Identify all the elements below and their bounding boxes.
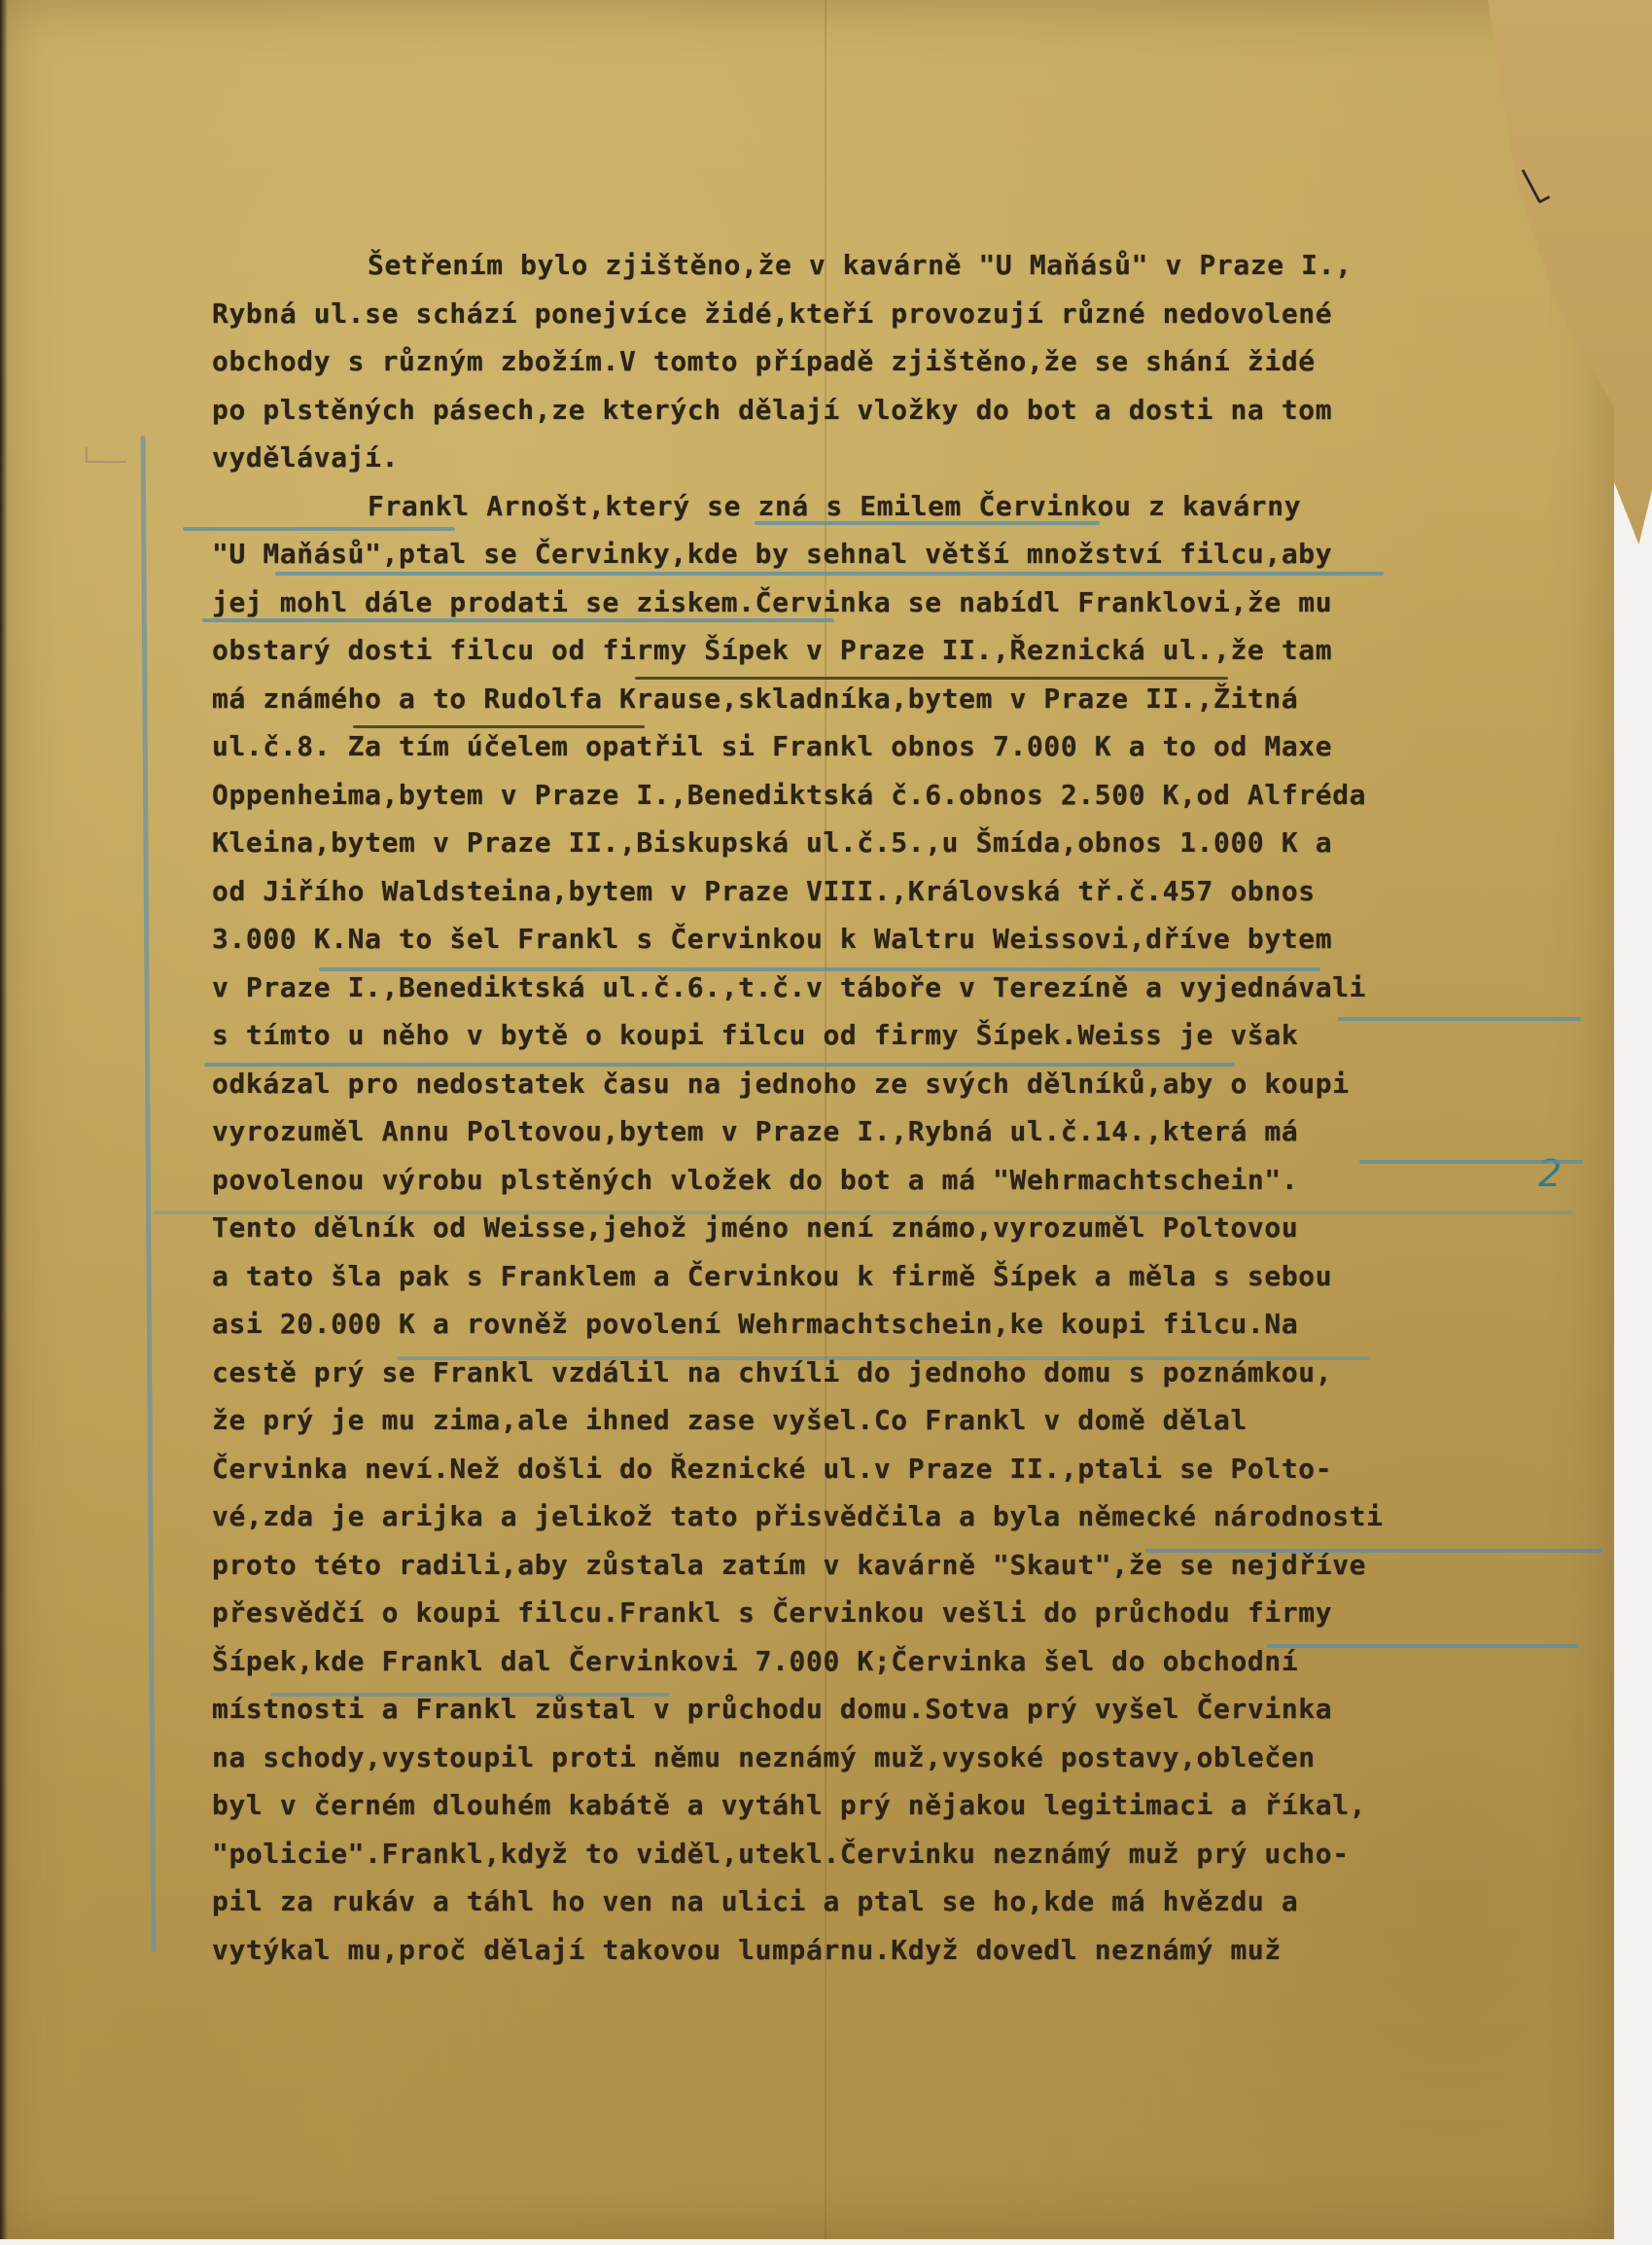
blue-underline xyxy=(204,1063,1235,1067)
pencil-mark xyxy=(86,447,126,463)
text-line: vé,zda je arijka a jelikož tato přisvědč… xyxy=(212,1492,1593,1541)
blue-underline xyxy=(1145,1549,1602,1553)
text-line: po plstěných pásech,ze kterých dělají vl… xyxy=(212,386,1593,435)
blue-underline xyxy=(319,967,1320,971)
text-line: Červinka neví.Než došli do Řeznické ul.v… xyxy=(212,1445,1593,1493)
text-line: obstarý dosti filcu od firmy Šípek v Pra… xyxy=(212,626,1593,675)
text-line: Šetřením bylo zjištěno,že v kavárně "U M… xyxy=(212,241,1593,290)
blue-underline xyxy=(275,572,1384,576)
blue-underline xyxy=(202,618,834,622)
blue-underline xyxy=(1267,1644,1578,1648)
text-line: vydělávají. xyxy=(212,434,1593,482)
blue-underline xyxy=(1359,1160,1583,1164)
blue-underline xyxy=(755,521,1100,525)
blue-underline xyxy=(183,527,455,531)
text-line: 3.000 K.Na to šel Frankl s Červinkou k W… xyxy=(212,915,1593,964)
text-line: Kleina,bytem v Praze II.,Biskupská ul.č.… xyxy=(212,819,1593,867)
text-line: pil za rukáv a táhl ho ven na ulici a pt… xyxy=(212,1877,1593,1926)
text-line: Oppenheima,bytem v Praze I.,Benediktská … xyxy=(212,771,1593,820)
text-line: od Jiřího Waldsteina,bytem v Praze VIII.… xyxy=(212,867,1593,916)
text-line: vytýkal mu,proč dělají takovou lumpárnu.… xyxy=(212,1926,1593,1975)
text-line: na schody,vystoupil proti němu neznámý m… xyxy=(212,1734,1593,1782)
text-line: "policie".Frankl,když to viděl,utekl.Čer… xyxy=(212,1830,1593,1878)
text-line: byl v černém dlouhém kabátě a vytáhl prý… xyxy=(212,1781,1593,1830)
blue-underline xyxy=(154,1210,1573,1214)
text-line: asi 20.000 K a rovněž povolení Wehrmacht… xyxy=(212,1300,1593,1349)
text-line: vyrozuměl Annu Poltovou,bytem v Praze I.… xyxy=(212,1107,1593,1156)
text-line: proto této radili,aby zůstala zatím v ka… xyxy=(212,1541,1593,1590)
text-line: a tato šla pak s Franklem a Červinkou k … xyxy=(212,1252,1593,1301)
text-line: Rybná ul.se schází ponejvíce židé,kteří … xyxy=(212,290,1593,338)
text-line: ul.č.8. Za tím účelem opatřil si Frankl … xyxy=(212,722,1593,771)
text-line: obchody s různým zbožím.V tomto případě … xyxy=(212,337,1593,386)
blue-underline xyxy=(1338,1017,1581,1021)
text-line: má známého a to Rudolfa Krause,skladníka… xyxy=(212,675,1593,723)
scan-background: 2 Šetřením bylo zjištěno,že v kavárně "U… xyxy=(0,0,1652,2245)
text-line: že prý je mu zima,ale ihned zase vyšel.C… xyxy=(212,1396,1593,1445)
text-line: cestě prý se Frankl vzdálil na chvíli do… xyxy=(212,1349,1593,1397)
dark-underline xyxy=(635,677,1228,680)
blue-underline xyxy=(270,1693,669,1697)
typewritten-text: Šetřením bylo zjištěno,že v kavárně "U M… xyxy=(212,241,1593,1974)
text-line: přesvědčí o koupi filcu.Frankl s Červink… xyxy=(212,1589,1593,1637)
blue-underline xyxy=(397,1356,1369,1360)
dark-underline xyxy=(353,725,645,728)
